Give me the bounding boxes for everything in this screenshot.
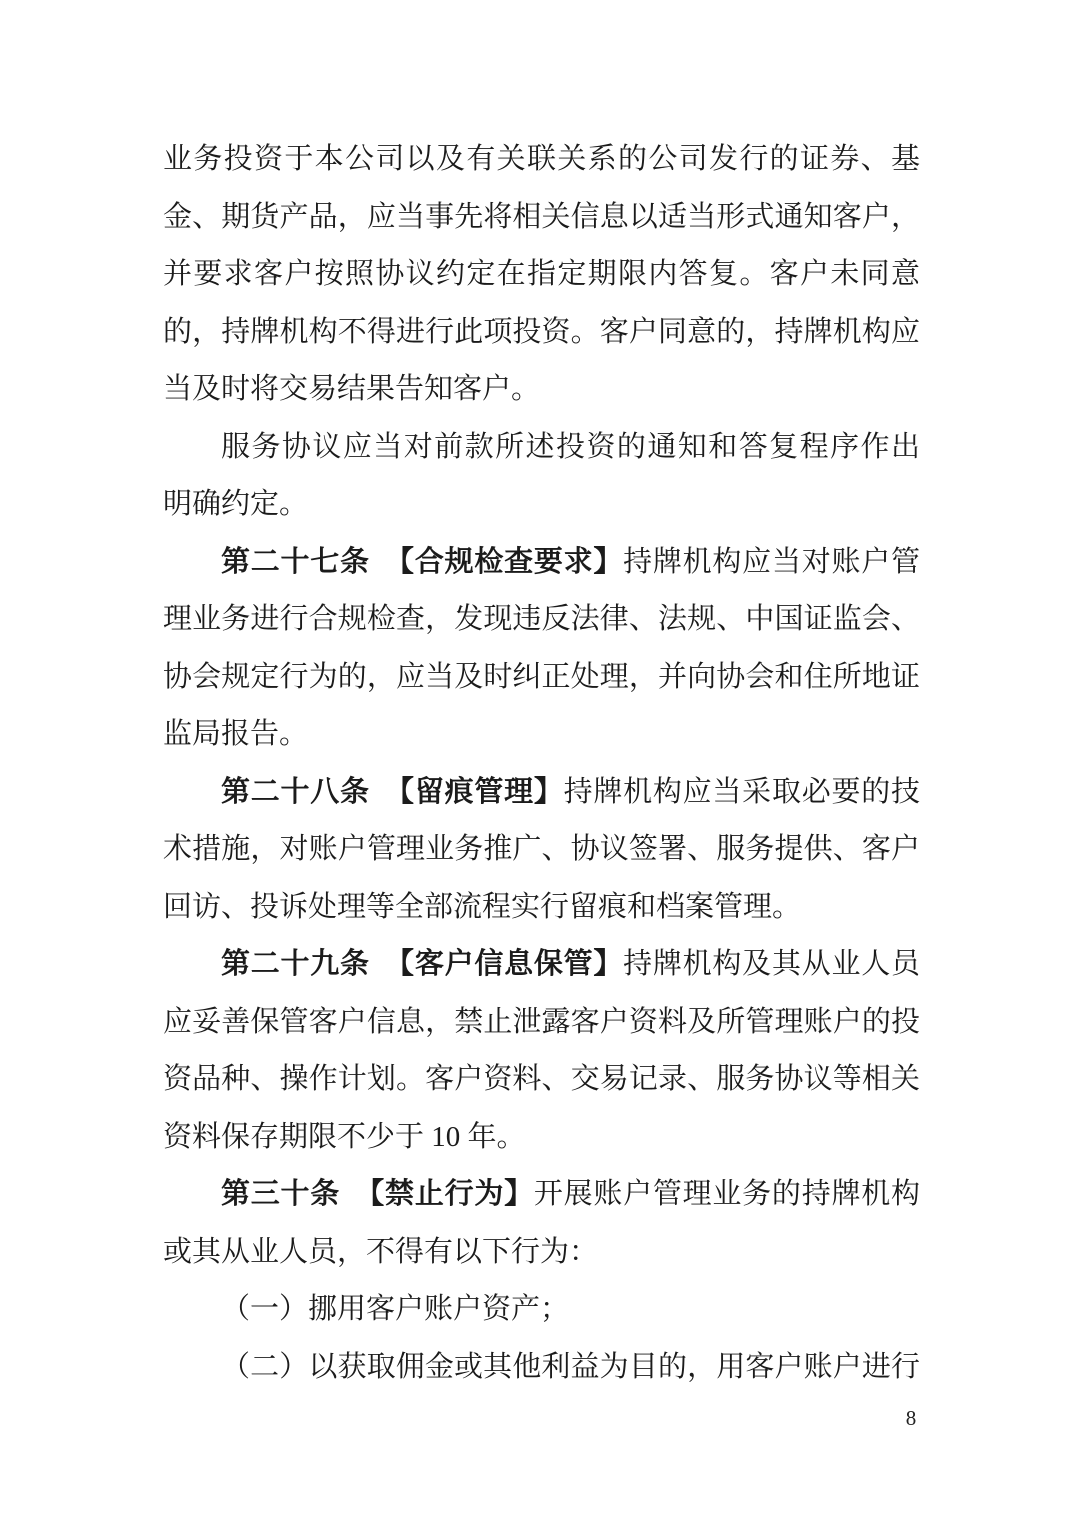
page-number: 8: [896, 1406, 926, 1431]
article-heading-run: 第三十条 【禁止行为】: [221, 1178, 534, 1210]
text-line: 应妥善保管客户信息，禁止泄露客户资料及所管理账户的投: [163, 994, 920, 1052]
text-block: 业务投资于本公司以及有关联关系的公司发行的证券、基金、期货产品，应当事先将相关信…: [163, 131, 920, 1396]
body-text-run: 资料保存期限不少于 10 年。: [163, 1121, 526, 1153]
document-page: 业务投资于本公司以及有关联关系的公司发行的证券、基金、期货产品，应当事先将相关信…: [0, 0, 1080, 1527]
text-line: 术措施，对账户管理业务推广、协议签署、服务提供、客户: [163, 821, 920, 879]
text-line: 业务投资于本公司以及有关联关系的公司发行的证券、基: [163, 131, 920, 189]
body-text-run: 持牌机构应当对账户管: [623, 546, 920, 578]
text-line: 当及时将交易结果告知客户。: [163, 361, 920, 419]
article-heading-run: 第二十七条 【合规检查要求】: [221, 546, 623, 578]
body-text-run: 业务投资于本公司以及有关联关系的公司发行的证券、基: [163, 143, 920, 175]
article-heading-run: 第二十八条 【留痕管理】: [221, 776, 564, 808]
body-text-run: 应妥善保管客户信息，禁止泄露客户资料及所管理账户的投: [163, 1006, 920, 1038]
text-line: 第三十条 【禁止行为】开展账户管理业务的持牌机构: [163, 1166, 920, 1224]
body-text-run: 协会规定行为的，应当及时纠正处理，并向协会和住所地证: [163, 661, 920, 693]
text-line: 资料保存期限不少于 10 年。: [163, 1109, 920, 1167]
text-line: 理业务进行合规检查，发现违反法律、法规、中国证监会、: [163, 591, 920, 649]
text-line: 第二十九条 【客户信息保管】持牌机构及其从业人员: [163, 936, 920, 994]
body-text-run: （二）以获取佣金或其他利益为目的，用客户账户进行: [221, 1351, 920, 1383]
body-text-run: 服务协议应当对前款所述投资的通知和答复程序作出: [221, 431, 920, 463]
text-line: 第二十八条 【留痕管理】持牌机构应当采取必要的技: [163, 764, 920, 822]
text-line: 第二十七条 【合规检查要求】持牌机构应当对账户管: [163, 534, 920, 592]
body-text-run: 回访、投诉处理等全部流程实行留痕和档案管理。: [163, 891, 801, 923]
text-line: 协会规定行为的，应当及时纠正处理，并向协会和住所地证: [163, 649, 920, 707]
body-text-run: 开展账户管理业务的持牌机构: [534, 1178, 920, 1210]
text-line: 的，持牌机构不得进行此项投资。客户同意的，持牌机构应: [163, 304, 920, 362]
text-line: 监局报告。: [163, 706, 920, 764]
body-text-run: 或其从业人员，不得有以下行为：: [163, 1236, 598, 1268]
body-text-run: 术措施，对账户管理业务推广、协议签署、服务提供、客户: [163, 833, 920, 865]
body-text-run: 的，持牌机构不得进行此项投资。客户同意的，持牌机构应: [163, 316, 920, 348]
text-line: 或其从业人员，不得有以下行为：: [163, 1224, 920, 1282]
text-line: 服务协议应当对前款所述投资的通知和答复程序作出: [163, 419, 920, 477]
text-line: 明确约定。: [163, 476, 920, 534]
body-text-run: 金、期货产品，应当事先将相关信息以适当形式通知客户，: [163, 201, 920, 233]
body-text-run: 当及时将交易结果告知客户。: [163, 373, 540, 405]
text-line: （二）以获取佣金或其他利益为目的，用客户账户进行: [163, 1339, 920, 1397]
text-line: （一）挪用客户账户资产；: [163, 1281, 920, 1339]
text-line: 资品种、操作计划。客户资料、交易记录、服务协议等相关: [163, 1051, 920, 1109]
body-text-run: 理业务进行合规检查，发现违反法律、法规、中国证监会、: [163, 603, 920, 635]
body-text-run: 资品种、操作计划。客户资料、交易记录、服务协议等相关: [163, 1063, 920, 1095]
body-text-run: 并要求客户按照协议约定在指定期限内答复。客户未同意: [163, 258, 920, 290]
body-text-run: 持牌机构及其从业人员: [623, 948, 920, 980]
body-text-run: 明确约定。: [163, 488, 308, 520]
article-heading-run: 第二十九条 【客户信息保管】: [221, 948, 623, 980]
body-text-run: 持牌机构应当采取必要的技: [564, 776, 920, 808]
text-line: 并要求客户按照协议约定在指定期限内答复。客户未同意: [163, 246, 920, 304]
body-text-run: （一）挪用客户账户资产；: [221, 1293, 569, 1325]
text-line: 金、期货产品，应当事先将相关信息以适当形式通知客户，: [163, 189, 920, 247]
body-text-run: 监局报告。: [163, 718, 308, 750]
text-line: 回访、投诉处理等全部流程实行留痕和档案管理。: [163, 879, 920, 937]
